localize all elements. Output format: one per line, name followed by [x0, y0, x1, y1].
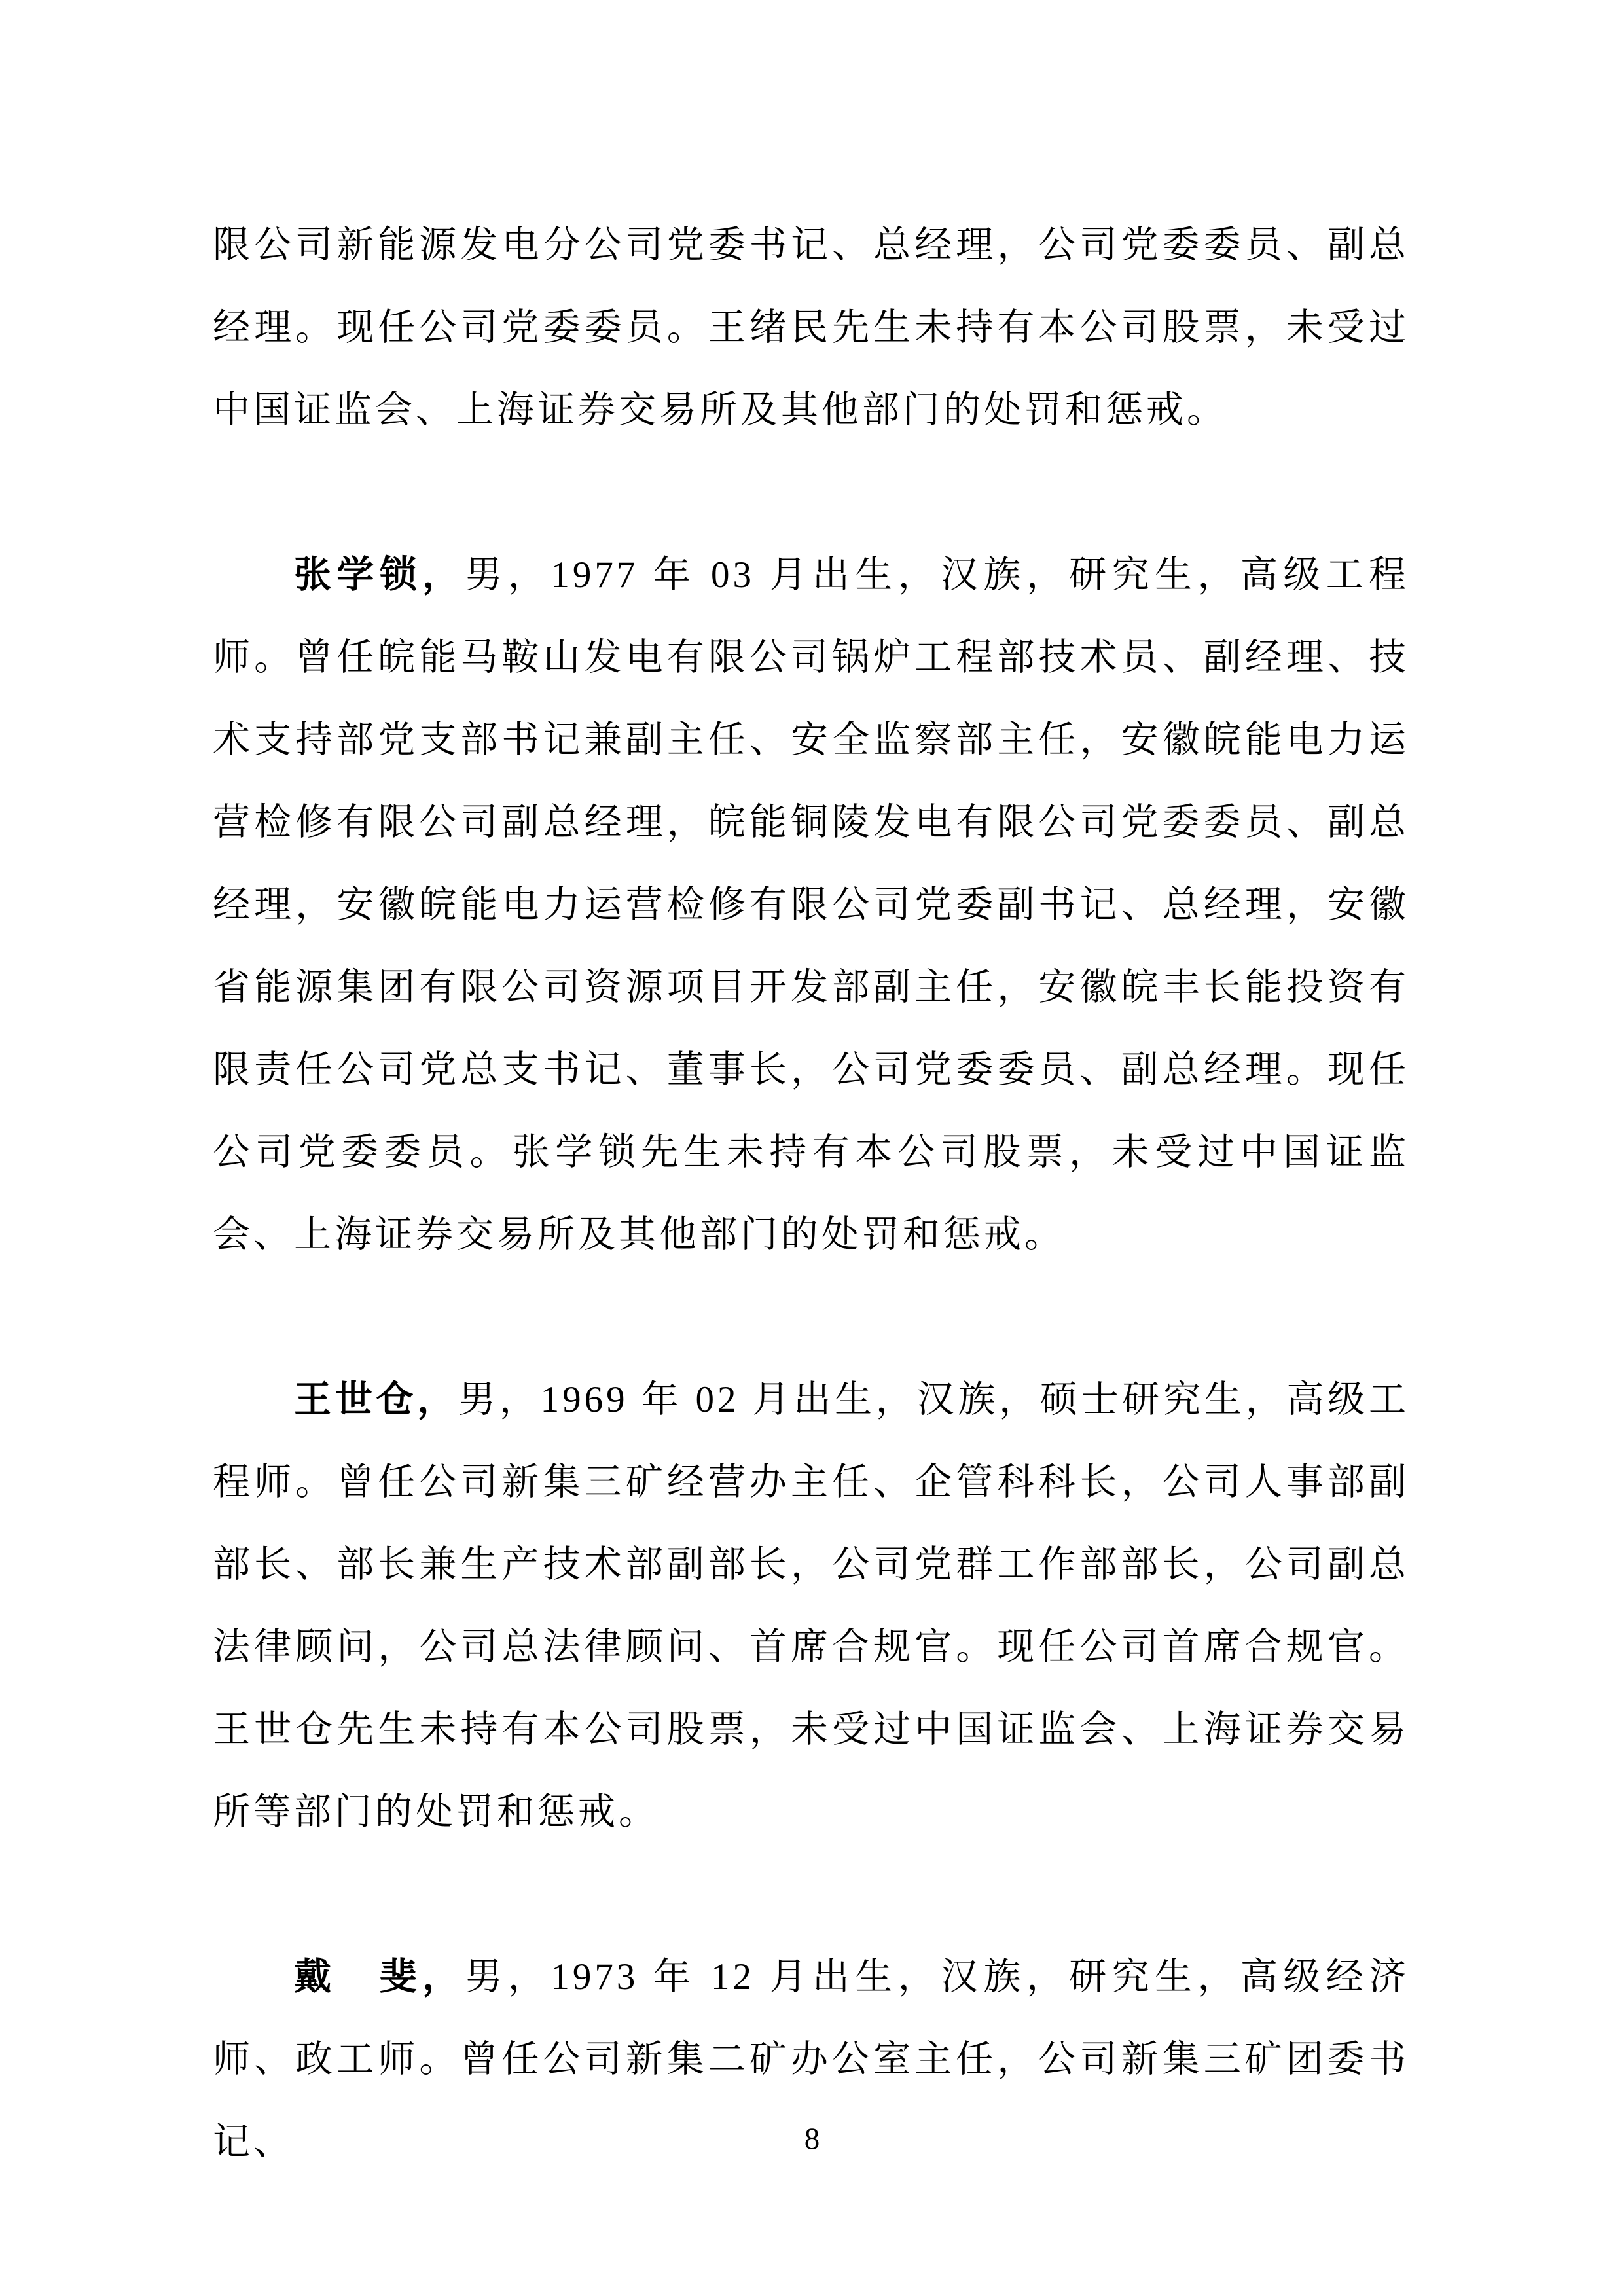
- person-name: 戴 斐，: [294, 1956, 465, 1998]
- page-number: 8: [0, 2119, 1624, 2159]
- document-body: 限公司新能源发电分公司党委书记、总经理，公司党委委员、副总经理。现任公司党委委员…: [213, 204, 1409, 2266]
- document-page: 限公司新能源发电分公司党委书记、总经理，公司党委委员、副总经理。现任公司党委委员…: [0, 0, 1624, 2296]
- paragraph-continuation: 限公司新能源发电分公司党委书记、总经理，公司党委委员、副总经理。现任公司党委委员…: [213, 204, 1409, 452]
- paragraph-bio-zhang-xuesuo: 张学锁，男，1977 年 03 月出生，汉族，研究生，高级工程师。曾任皖能马鞍山…: [213, 534, 1409, 1276]
- paragraph-text: 男，1977 年 03 月出生，汉族，研究生，高级工程师。曾任皖能马鞍山发电有限…: [213, 554, 1409, 1255]
- person-name: 张学锁，: [294, 554, 465, 596]
- paragraph-bio-wang-shicang: 王世仓，男，1969 年 02 月出生，汉族，硕士研究生，高级工程师。曾任公司新…: [213, 1359, 1409, 1854]
- paragraph-text: 男，1969 年 02 月出生，汉族，硕士研究生，高级工程师。曾任公司新集三矿经…: [213, 1379, 1409, 1833]
- person-name: 王世仓，: [294, 1379, 458, 1420]
- paragraph-text: 限公司新能源发电分公司党委书记、总经理，公司党委委员、副总经理。现任公司党委委员…: [213, 224, 1409, 431]
